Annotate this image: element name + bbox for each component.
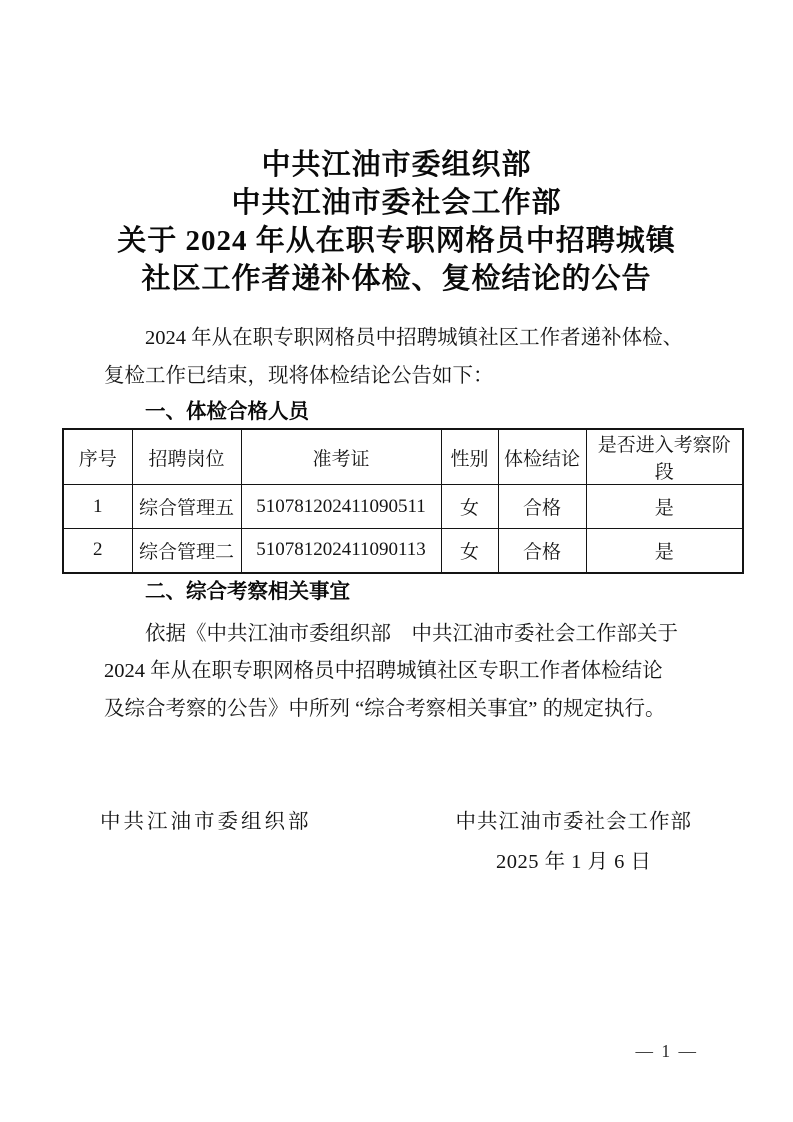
intro-paragraph-line-2: 复检工作已结束，现将体检结论公告如下： <box>104 358 703 396</box>
section2-paragraph-line-3: 及综合考察的公告》中所列 “综合考察相关事宜” 的规定执行。 <box>104 691 703 729</box>
table-header-ticket: 准考证 <box>241 429 441 485</box>
table-header-position: 招聘岗位 <box>132 429 241 485</box>
signature-right-column: 中共江油市委社会工作部 2025 年 1 月 6 日 <box>456 808 693 876</box>
signature-block: 中共江油市委组织部 中共江油市委社会工作部 2025 年 1 月 6 日 <box>100 808 692 876</box>
signature-right-org: 中共江油市委社会工作部 <box>456 808 693 836</box>
document-page: 中共江油市委组织部 中共江油市委社会工作部 关于 2024 年从在职专职网格员中… <box>0 0 793 1122</box>
table-header-inspection: 是否进入考察阶段 <box>586 429 743 485</box>
table-cell-gender: 女 <box>441 529 498 573</box>
intro-paragraph-line-1: 2024 年从在职专职网格员中招聘城镇社区工作者递补体检、 <box>104 320 703 358</box>
document-title: 中共江油市委组织部 中共江油市委社会工作部 关于 2024 年从在职专职网格员中… <box>0 0 793 298</box>
table-cell-gender: 女 <box>441 485 498 529</box>
table-cell-position: 综合管理二 <box>132 529 241 573</box>
section2-paragraph-line-2: 2024 年从在职专职网格员中招聘城镇社区专职工作者体检结论 <box>104 653 703 691</box>
table-header-result: 体检结论 <box>498 429 586 485</box>
table-cell-result: 合格 <box>498 529 586 573</box>
table-cell-seq: 1 <box>63 485 132 529</box>
table-cell-seq: 2 <box>63 529 132 573</box>
signature-left-org: 中共江油市委组织部 <box>100 808 312 836</box>
table-cell-position: 综合管理五 <box>132 485 241 529</box>
page-number: — 1 — <box>636 1039 699 1063</box>
section2-paragraph-line-1: 依据《中共江油市委组织部 中共江油市委社会工作部关于 <box>104 616 703 654</box>
title-line-4: 社区工作者递补体检、复检结论的公告 <box>0 260 793 298</box>
table-cell-inspection: 是 <box>586 529 743 573</box>
table-cell-inspection: 是 <box>586 485 743 529</box>
medical-exam-result-table: 序号 招聘岗位 准考证 性别 体检结论 是否进入考察阶段 1 综合管理五 510… <box>62 428 744 574</box>
table-header-row: 序号 招聘岗位 准考证 性别 体检结论 是否进入考察阶段 <box>63 429 743 485</box>
table-row: 1 综合管理五 510781202411090511 女 合格 是 <box>63 485 743 529</box>
title-line-2: 中共江油市委社会工作部 <box>0 184 793 222</box>
table-cell-ticket: 510781202411090511 <box>241 485 441 529</box>
title-line-1: 中共江油市委组织部 <box>0 146 793 184</box>
table-header-gender: 性别 <box>441 429 498 485</box>
section1-heading: 一、体检合格人员 <box>145 397 793 427</box>
title-line-3: 关于 2024 年从在职专职网格员中招聘城镇 <box>0 222 793 260</box>
section2-heading: 二、综合考察相关事宜 <box>145 577 793 607</box>
table-header-seq: 序号 <box>63 429 132 485</box>
signature-date: 2025 年 1 月 6 日 <box>456 848 693 876</box>
table-cell-result: 合格 <box>498 485 586 529</box>
table-cell-ticket: 510781202411090113 <box>241 529 441 573</box>
table-row: 2 综合管理二 510781202411090113 女 合格 是 <box>63 529 743 573</box>
